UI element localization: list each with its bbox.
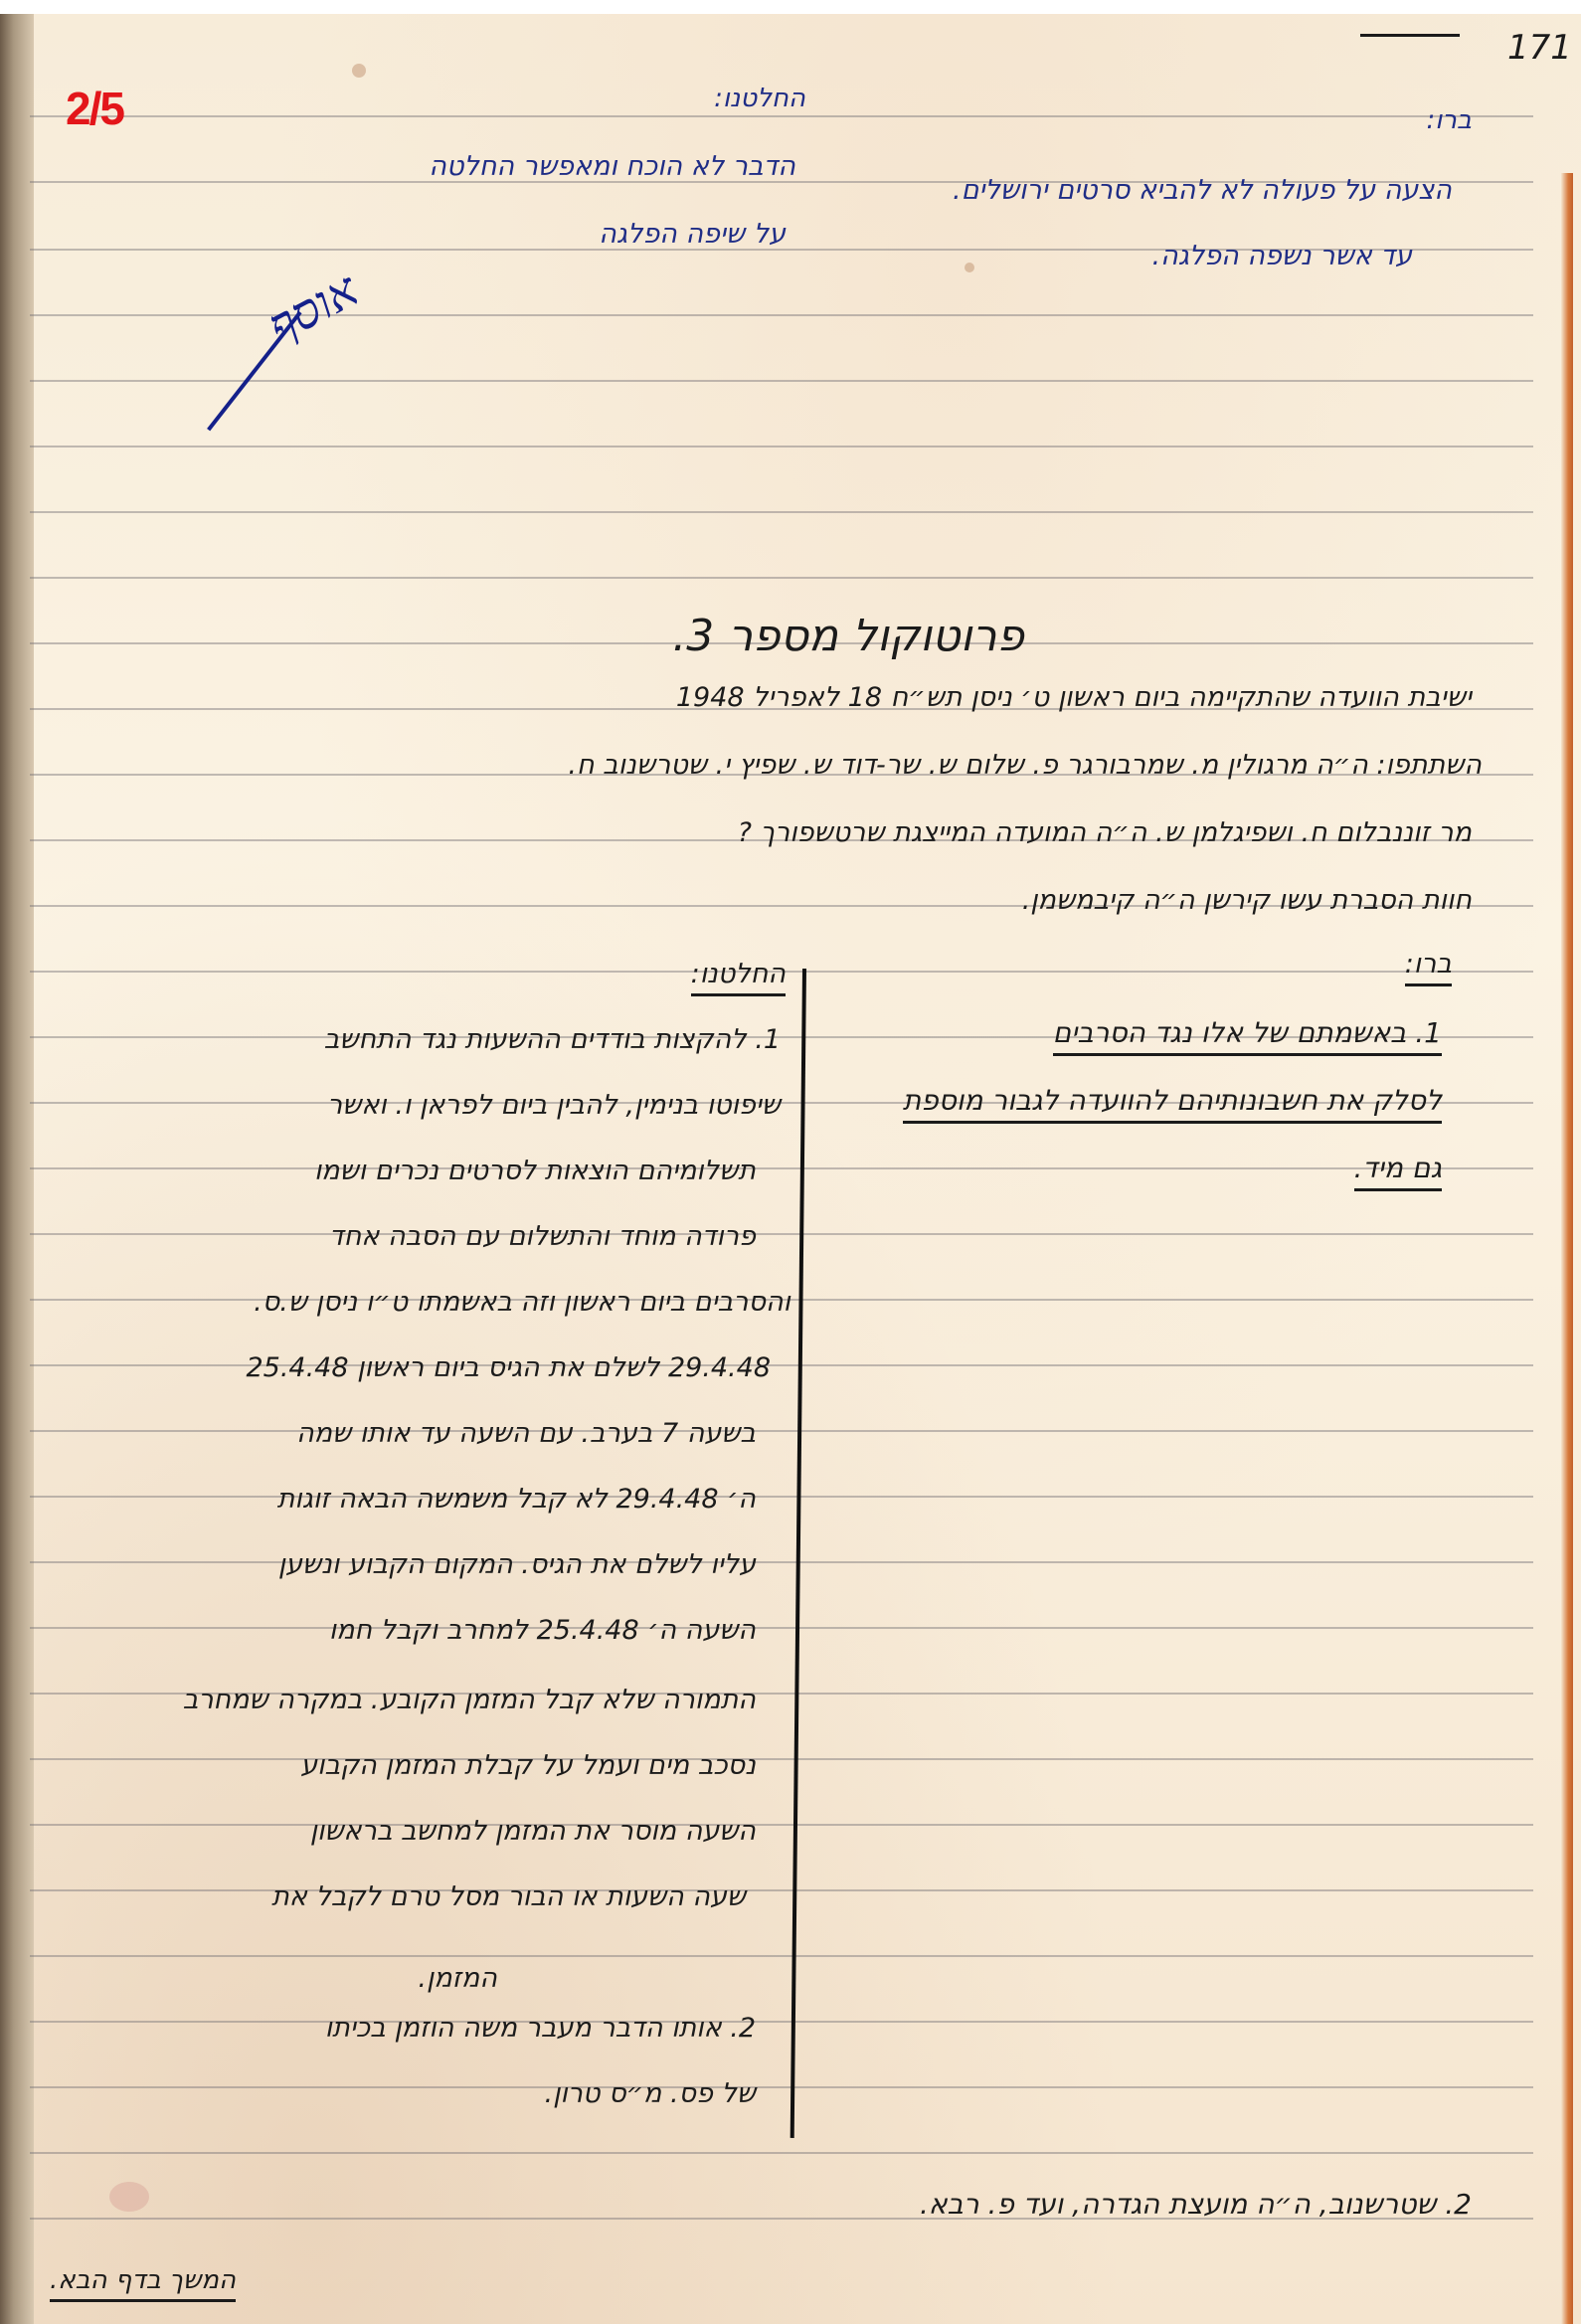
ruled-line <box>30 2021 1533 2023</box>
left-item-line: והסרבים ביום ראשון וזה באשמתו ט״ו ניסן ש… <box>254 1287 790 1318</box>
right-column-heading: ברו: <box>1405 949 1452 986</box>
continued-next-page-note: המשך בדף הבא. <box>50 2265 236 2302</box>
left-item-line: שיפוטו בנימין, להבין ביום לפראן ו. ואשר <box>327 1090 781 1121</box>
left-item-line: עליו לשלם את הגיס. המקום הקבוע ונשען <box>278 1549 756 1580</box>
left-item-line: השעה ה׳ 25.4.48 למחרב וקבל חמו <box>329 1615 756 1646</box>
left-item-line: 29.4.48 לשלם את הגיס ביום ראשון 25.4.48 <box>246 1352 771 1383</box>
paper-stain <box>109 2182 149 2212</box>
left-item-line: 1. להקצות בודדים ההשעות נגד התחשב <box>324 1024 781 1055</box>
left-item-line: בשעה 7 בערב. עם השעה עד אותו שמה <box>296 1418 756 1449</box>
header-right-label: ברו: <box>1426 105 1472 135</box>
intro-line: השתתפו: ה״ה מרגולין מ. שמרבורגר פ. שלום … <box>568 750 1482 781</box>
left-item-line: נסכב מים ועמל על קבלת המזמן הקבוע <box>300 1750 756 1781</box>
paper-stain <box>965 263 974 272</box>
page-counter-badge: 2/5 <box>66 82 123 135</box>
folio-underline <box>1360 34 1460 37</box>
paper-stain <box>352 64 366 78</box>
protocol-title: פרוטוקול מספר 3. <box>672 611 1024 661</box>
left-item-line: שעה השעות או הבור מסל טרם לקבל את <box>271 1881 746 1912</box>
header-left-label: החלטנו: <box>714 84 805 113</box>
ruled-line <box>30 1627 1533 1629</box>
left-item-line: פרודה מוחד והתשלום עם הסבה אחד <box>329 1221 756 1252</box>
left-item-line: ה׳ 29.4.48 לא קבל משמשה הבאה זוגות <box>277 1484 756 1515</box>
right-item-line: גם מיד. <box>1354 1152 1442 1191</box>
ruled-line <box>30 1824 1533 1826</box>
header-left-line: הדבר לא הוכח ומאפשר החלטה <box>429 151 795 182</box>
header-right-line: הצעה על פעולה לא להביא סרטים ירושלים. <box>953 175 1452 206</box>
left-item-line: תשלומיהם הוצאות לסרטים נכרים ושמו <box>314 1156 756 1186</box>
ruled-line <box>30 1758 1533 1760</box>
left-item-line: המזמן. <box>418 1963 497 1994</box>
left-item-line: התמורה שלא קבל המזמן הקובע. במקרה שמחרב <box>183 1685 756 1715</box>
ruled-line <box>30 1430 1533 1432</box>
ruled-line <box>30 314 1533 316</box>
ruled-line <box>30 1561 1533 1563</box>
ruled-line <box>30 1955 1533 1957</box>
ruled-line <box>30 1496 1533 1498</box>
right-item-line: לסלק את חשבונותיהם להוועדה לגבור מוספת <box>903 1084 1442 1124</box>
ruled-line <box>30 380 1533 382</box>
intro-line: ישיבת הוועדה שהתקיימה ביום ראשון ט׳ ניסן… <box>676 682 1472 713</box>
header-left-line: על שיפה הפלגה <box>599 219 786 250</box>
right-item-line: 1. באשמתם של אלו נגד הסרבים <box>1053 1016 1442 1056</box>
notebook-binding <box>0 14 34 2324</box>
ruled-line <box>30 511 1533 513</box>
notebook-page: 2/5 171 החלטנו: הדבר לא הוכח ומאפשר החלט… <box>0 14 1581 2324</box>
ruled-line <box>30 577 1533 579</box>
ruled-line <box>30 115 1533 117</box>
ruled-line <box>30 1889 1533 1891</box>
left-item-line: 2. אותו הדבר מעבר משה הוזמן בכיתו <box>325 2013 756 2044</box>
left-column-heading: החלטנו: <box>691 959 786 996</box>
page-edge <box>1561 173 1573 2324</box>
column-divider <box>790 969 806 2138</box>
ruled-line <box>30 1233 1533 1235</box>
ruled-line <box>30 446 1533 447</box>
header-right-line: עד אשר נשפה הפלגה. <box>1152 241 1412 271</box>
ruled-line <box>30 1167 1533 1169</box>
folio-number: 171 <box>1507 28 1572 68</box>
left-item-line: של פס. מ״ס טרון. <box>545 2078 757 2109</box>
ruled-line <box>30 2152 1533 2154</box>
ruled-line <box>30 2086 1533 2088</box>
right-item-line: 2. שטרשנוב, ה״ה מועצת הגדרה, ועד פ. רבא. <box>920 2188 1472 2221</box>
left-item-line: השעה מוסר את המזמן למחשב בראשון <box>310 1816 756 1847</box>
intro-line: מר זוננבלום ח. ושפיגלמן ש. ה״ה המועדה המ… <box>738 817 1472 848</box>
intro-line: חוות הסברת עשו קירשן ה״ה קיבמשמן. <box>1022 885 1472 916</box>
